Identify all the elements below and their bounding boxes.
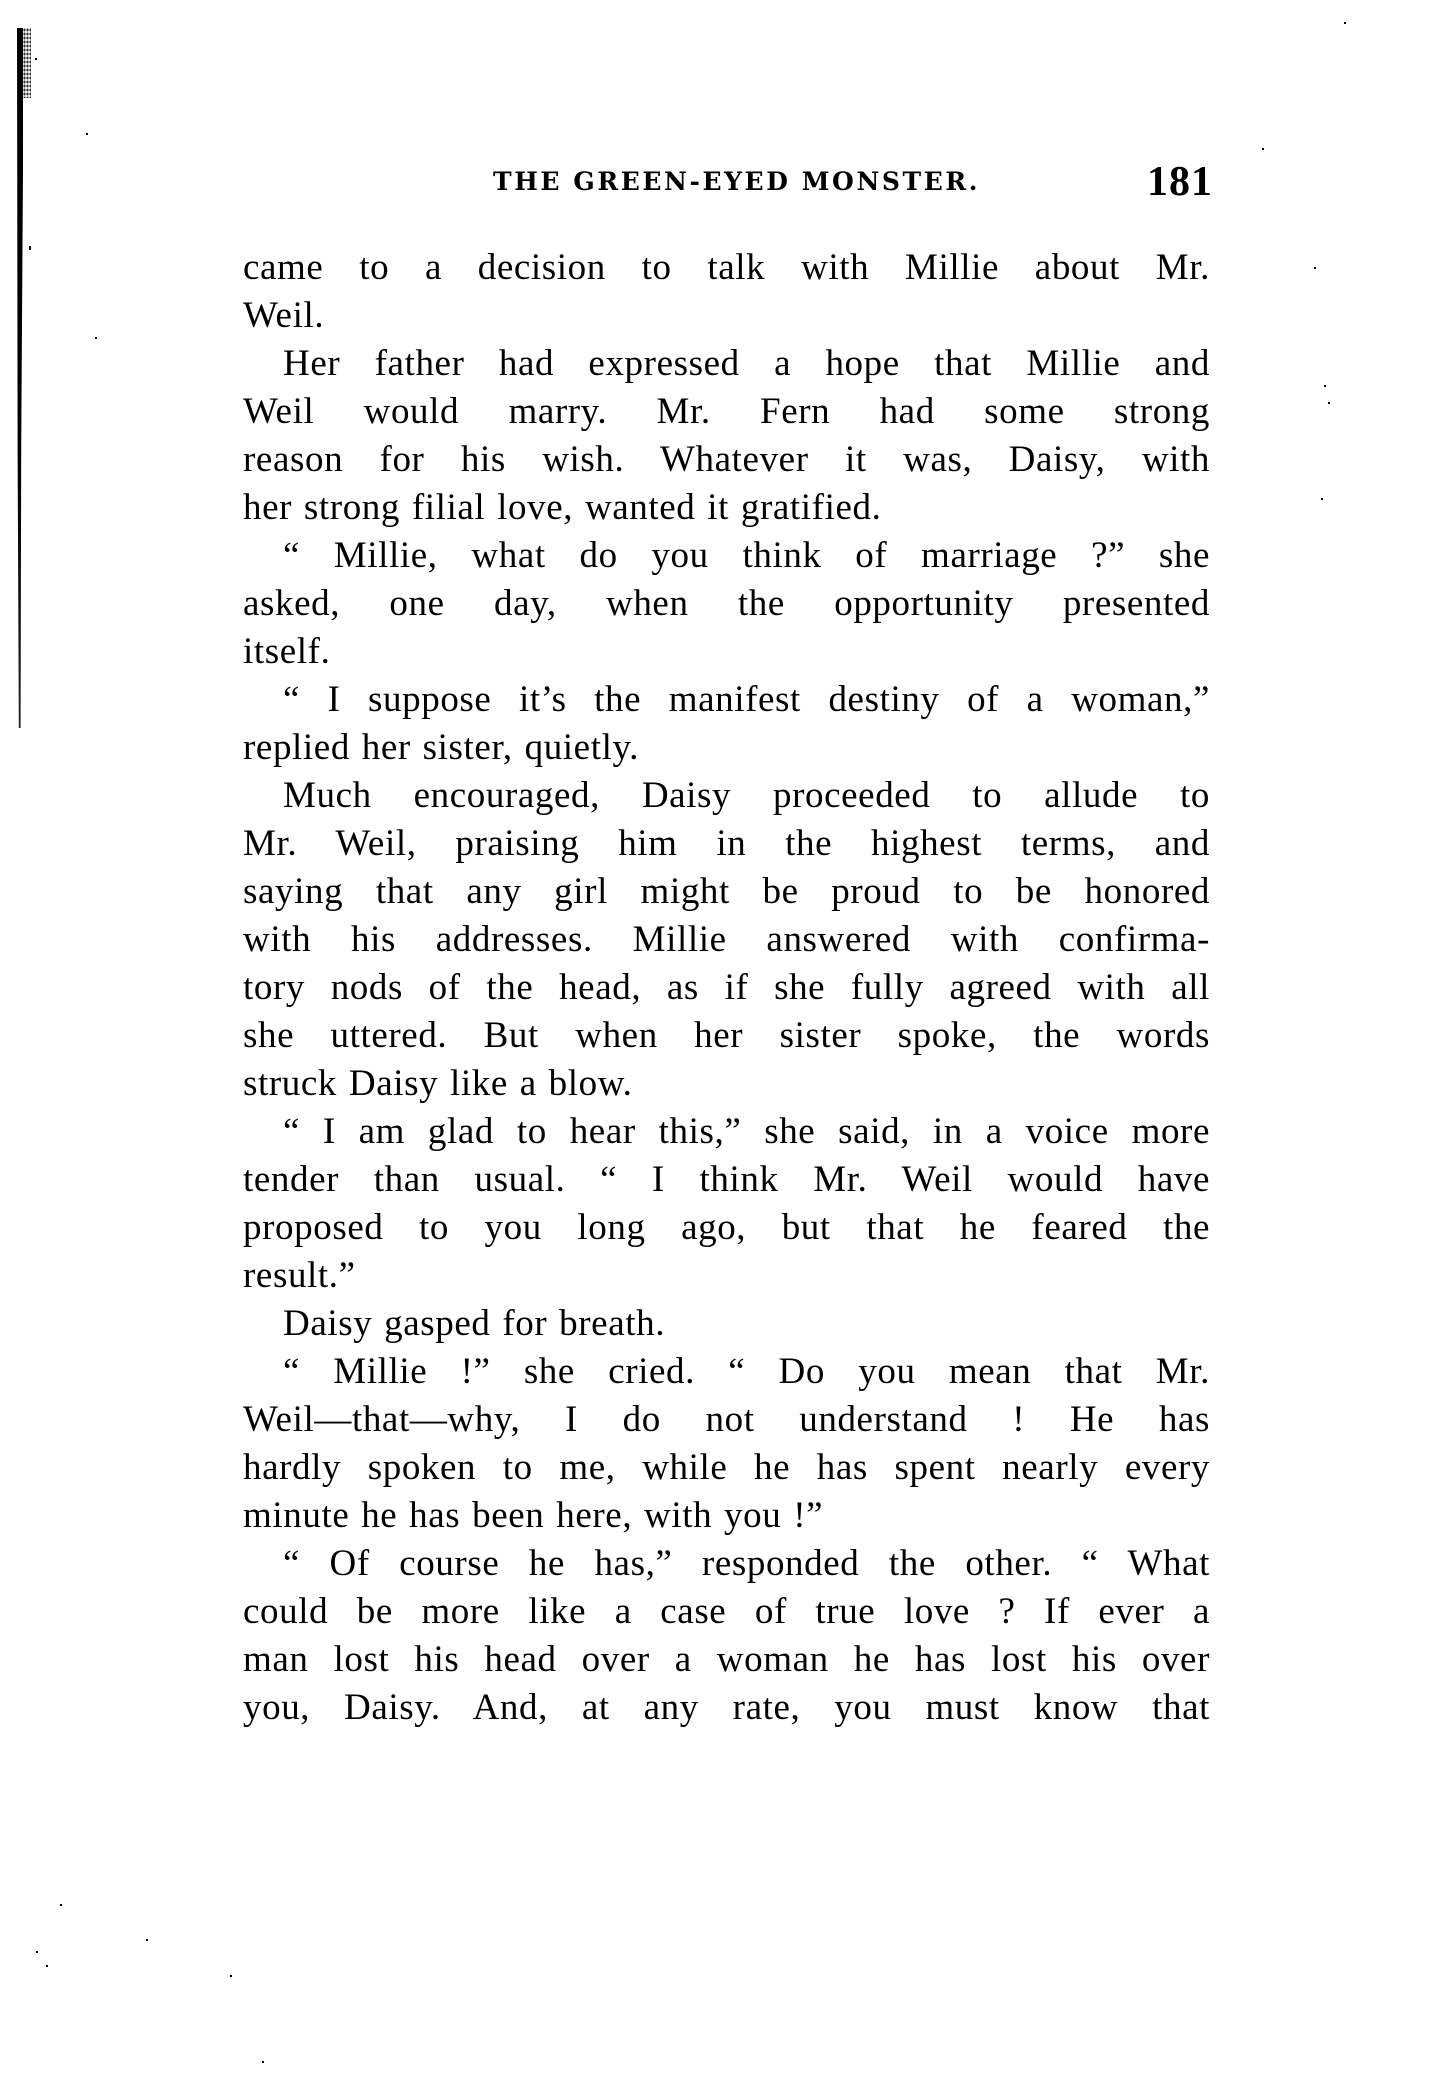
text-line: Weil—that—why, I do not understand ! He … <box>243 1396 1210 1444</box>
text-line: minute he has been here, with you !” <box>243 1492 1210 1540</box>
scan-speck <box>230 1975 232 1977</box>
page-number: 181 <box>1147 163 1213 201</box>
scan-speck <box>1262 148 1264 150</box>
text-line: she uttered. But when her sister spoke, … <box>243 1012 1210 1060</box>
scan-speck <box>86 133 88 135</box>
scan-speck <box>262 2061 264 2063</box>
scan-speck <box>146 1939 148 1941</box>
running-head-title: THE GREEN-EYED MONSTER. <box>493 167 980 197</box>
text-line: replied her sister, quietly. <box>243 724 1210 772</box>
text-line: struck Daisy like a blow. <box>243 1060 1210 1108</box>
running-head: THE GREEN-EYED MONSTER. 181 <box>493 163 1213 203</box>
text-line: proposed to you long ago, but that he fe… <box>243 1204 1210 1252</box>
scan-speck <box>29 246 31 250</box>
scan-speck <box>36 1951 38 1953</box>
text-line: hardly spoken to me, while he has spent … <box>243 1444 1210 1492</box>
text-line: tory nods of the head, as if she fully a… <box>243 964 1210 1012</box>
text-line: tender than usual. “ I think Mr. Weil wo… <box>243 1156 1210 1204</box>
scan-speck <box>1324 385 1326 387</box>
text-line: man lost his head over a woman he has lo… <box>243 1636 1210 1684</box>
text-line: “ I am glad to hear this,” she said, in … <box>243 1108 1210 1156</box>
text-line: asked, one day, when the opportunity pre… <box>243 580 1210 628</box>
text-line: “ Of course he has,” responded the other… <box>243 1540 1210 1588</box>
text-line: Mr. Weil, praising him in the highest te… <box>243 820 1210 868</box>
text-line: result.” <box>243 1252 1210 1300</box>
page-binding-edge <box>17 28 23 728</box>
scan-speck <box>35 58 37 60</box>
scan-speck <box>46 1965 48 1967</box>
text-line: saying that any girl might be proud to b… <box>243 868 1210 916</box>
text-line: reason for his wish. Whatever it was, Da… <box>243 436 1210 484</box>
scan-speck <box>1314 267 1316 269</box>
text-line: Daisy gasped for breath. <box>243 1300 1210 1348</box>
text-line: Weil. <box>243 292 1210 340</box>
scan-speck <box>95 337 97 339</box>
text-line: her strong filial love, wanted it gratif… <box>243 484 1210 532</box>
text-line: could be more like a case of true love ?… <box>243 1588 1210 1636</box>
text-line: Much encouraged, Daisy proceeded to allu… <box>243 772 1210 820</box>
text-line: came to a decision to talk with Millie a… <box>243 244 1210 292</box>
text-line: “ I suppose it’s the manifest destiny of… <box>243 676 1210 724</box>
scan-speck <box>1321 498 1323 500</box>
text-line: itself. <box>243 628 1210 676</box>
page-binding-fray <box>23 28 31 98</box>
text-line: Her father had expressed a hope that Mil… <box>243 340 1210 388</box>
scan-speck <box>1344 22 1346 24</box>
text-line: “ Millie !” she cried. “ Do you mean tha… <box>243 1348 1210 1396</box>
book-page: THE GREEN-EYED MONSTER. 181 came to a de… <box>0 0 1433 2099</box>
scan-speck <box>60 1904 62 1906</box>
body-text: came to a decision to talk with Millie a… <box>243 244 1210 1732</box>
text-line: with his addresses. Millie answered with… <box>243 916 1210 964</box>
scan-speck <box>1328 402 1330 404</box>
text-line: “ Millie, what do you think of marriage … <box>243 532 1210 580</box>
text-line: Weil would marry. Mr. Fern had some stro… <box>243 388 1210 436</box>
text-line: you, Daisy. And, at any rate, you must k… <box>243 1684 1210 1732</box>
